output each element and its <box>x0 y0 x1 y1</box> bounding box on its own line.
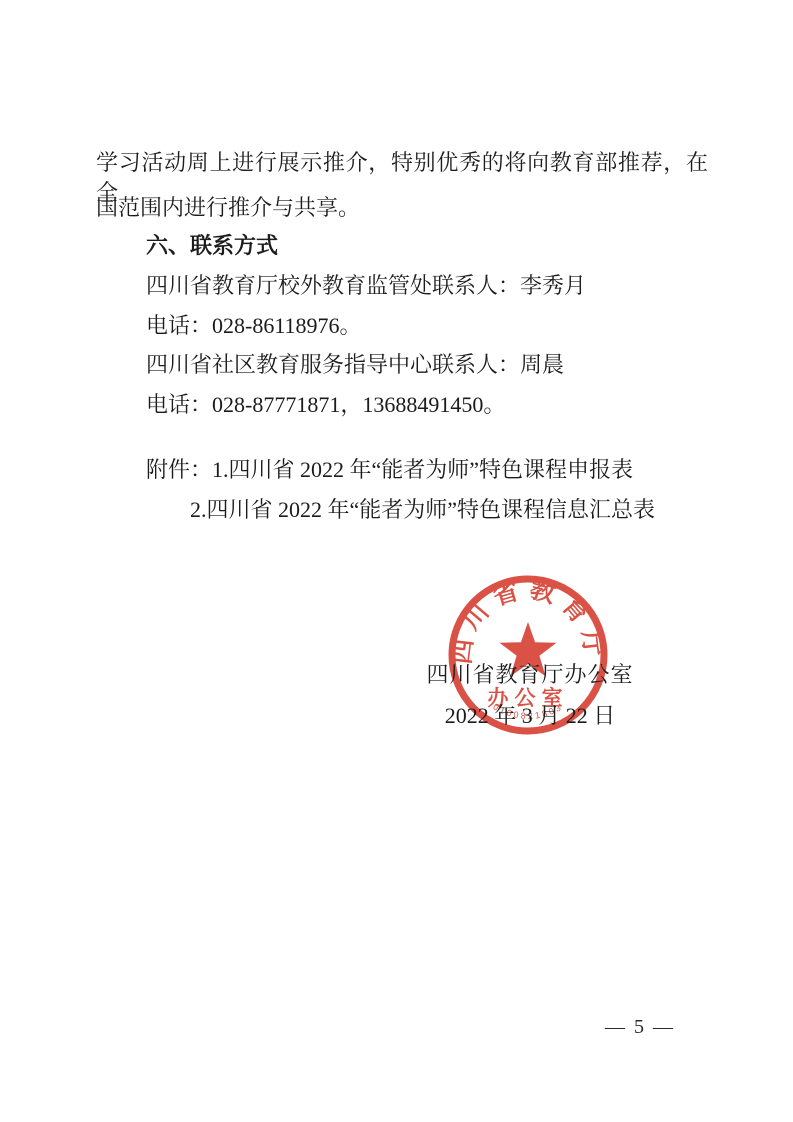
phone-line: 电话：028-86118976。 <box>146 311 362 341</box>
page-number: — 5 — <box>575 1016 705 1039</box>
paragraph-line: 国范围内进行推介与共享。 <box>96 193 708 223</box>
section-heading: 六、联系方式 <box>146 231 278 261</box>
attachment-line: 附件：1.四川省 2022 年“能者为师”特色课程申报表 <box>146 455 633 485</box>
document-page: 学习活动周上进行展示推介，特别优秀的将向教育部推荐，在全 国范围内进行推介与共享… <box>0 0 793 1122</box>
phone-line: 电话：028-87771871，13688491450。 <box>146 390 505 420</box>
contact-line: 四川省社区教育服务指导中心联系人：周晨 <box>146 350 564 380</box>
signature-date: 2022 年 3 月 22 日 <box>412 699 648 730</box>
contact-line: 四川省教育厅校外教育监管处联系人：李秀月 <box>146 271 586 301</box>
attachment-line: 2.四川省 2022 年“能者为师”特色课程信息汇总表 <box>190 495 655 525</box>
signature-office: 四川省教育厅办公室 <box>412 658 648 689</box>
